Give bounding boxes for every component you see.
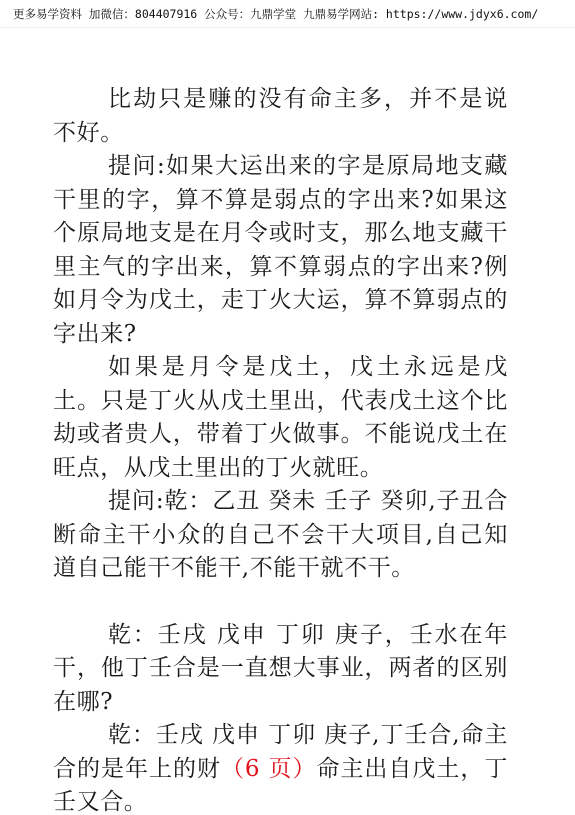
document-body: 比劫只是赚的没有命主多，并不是说不好。 提问:如果大运出来的字是原局地支藏干里的… xyxy=(53,83,508,815)
paragraph: 比劫只是赚的没有命主多，并不是说不好。 xyxy=(53,83,508,150)
watermark-header: 更多易学资料 加微信：804407916 公众号：九鼎学堂 九鼎易学网站: ht… xyxy=(0,0,575,28)
paragraph: 提问:乾：乙丑 癸未 壬子 癸卯,子丑合断命主干小众的自己不会干大项目,自己知道… xyxy=(53,485,508,586)
page-reference: （6 页） xyxy=(221,756,317,782)
paragraph: 乾：壬戌 戊申 丁卯 庚子,丁壬合,命主合的是年上的财（6 页）命主出自戊土，丁… xyxy=(53,719,508,815)
paragraph: 如果是月令是戊土，戊土永远是戊土。只是丁火从戊土里出，代表戊土这个比劫或者贵人，… xyxy=(53,351,508,485)
paragraph-gap xyxy=(53,586,508,619)
header-text: 更多易学资料 加微信：804407916 公众号：九鼎学堂 九鼎易学网站: ht… xyxy=(13,7,538,21)
paragraph: 提问:如果大运出来的字是原局地支藏干里的字，算不算是弱点的字出来?如果这个原局地… xyxy=(53,150,508,351)
paragraph: 乾：壬戌 戊申 丁卯 庚子，壬水在年干，他丁壬合是一直想大事业，两者的区别在哪? xyxy=(53,619,508,720)
